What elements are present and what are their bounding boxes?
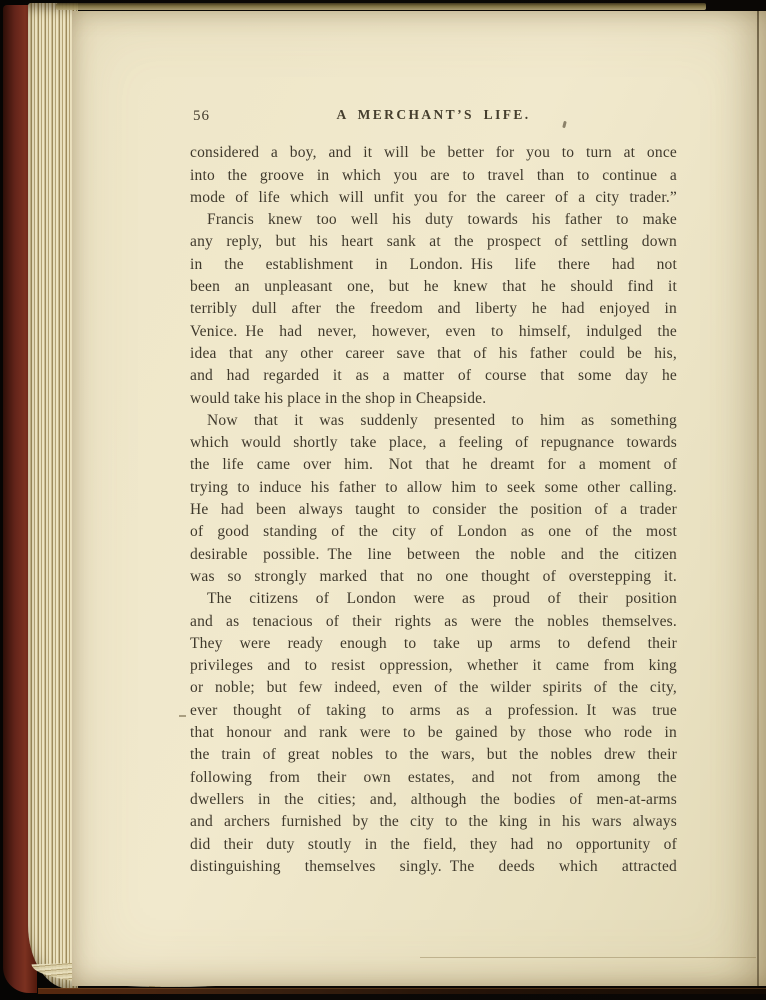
scan-speck — [179, 715, 186, 717]
text-line: desirable possible. The line between the… — [190, 544, 677, 566]
text-line: or noble; but few indeed, even of the wi… — [190, 677, 677, 699]
paragraph: Francis knew too well his duty towards h… — [190, 209, 677, 410]
paragraph: considered a boy, and it will be better … — [190, 142, 677, 209]
text-line: which would shortly take place, a feelin… — [190, 432, 677, 454]
text-line: the train of great nobles to the wars, b… — [190, 744, 677, 766]
text-line: following from their own estates, and no… — [190, 767, 677, 789]
text-line: into the groove in which you are to trav… — [190, 165, 677, 187]
text-line: Now that it was suddenly presented to hi… — [190, 410, 677, 432]
text-line: Venice. He had never, however, even to h… — [190, 321, 677, 343]
page-edges-stack — [28, 3, 78, 989]
text-line: trying to induce his father to allow him… — [190, 477, 677, 499]
text-line: the life came over him. Not that he drea… — [190, 454, 677, 476]
printed-text-area: 56 A MERCHANT’S LIFE. considered a boy, … — [190, 104, 677, 878]
text-line: distinguishing themselves singly. The de… — [190, 856, 677, 878]
text-line: in the establishment in London. His life… — [190, 254, 677, 276]
text-line: been an unpleasant one, but he knew that… — [190, 276, 677, 298]
text-line: Francis knew too well his duty towards h… — [190, 209, 677, 231]
text-line: that honour and rank were to be gained b… — [190, 722, 677, 744]
book-page: 56 A MERCHANT’S LIFE. considered a boy, … — [72, 11, 766, 986]
text-line: and had regarded it as a matter of cours… — [190, 365, 677, 387]
text-line: ever thought of taking to arms as a prof… — [190, 700, 677, 722]
book-cover-bottom-edge — [38, 988, 766, 994]
text-line: considered a boy, and it will be better … — [190, 142, 677, 164]
text-line: was so strongly marked that no one thoug… — [190, 566, 677, 588]
text-line: mode of life which will unfit you for th… — [190, 187, 677, 209]
page-crease — [757, 11, 759, 986]
scanned-book-photo: 56 A MERCHANT’S LIFE. considered a boy, … — [0, 0, 766, 1000]
text-line: did their duty stoutly in the field, the… — [190, 834, 677, 856]
text-line: and as tenacious of their rights as were… — [190, 611, 677, 633]
page-edges-top — [56, 3, 706, 10]
underlying-page-edge — [420, 957, 756, 958]
text-line: idea that any other career save that of … — [190, 343, 677, 365]
text-line: privileges and to resist oppression, whe… — [190, 655, 677, 677]
paragraph: The citizens of London were as proud of … — [190, 588, 677, 878]
text-line: would take his place in the shop in Chea… — [190, 388, 677, 410]
text-line: They were ready enough to take up arms t… — [190, 633, 677, 655]
page-number: 56 — [193, 105, 210, 127]
text-line: of good standing of the city of London a… — [190, 521, 677, 543]
text-line: terribly dull after the freedom and libe… — [190, 298, 677, 320]
paragraph: Now that it was suddenly presented to hi… — [190, 410, 677, 588]
text-line: dwellers in the cities; and, although th… — [190, 789, 677, 811]
text-line: The citizens of London were as proud of … — [190, 588, 677, 610]
text-line: and archers furnished by the city to the… — [190, 811, 677, 833]
text-line: He had been always taught to consider th… — [190, 499, 677, 521]
text-body: considered a boy, and it will be better … — [190, 142, 677, 878]
text-line: any reply, but his heart sank at the pro… — [190, 231, 677, 253]
running-header: A MERCHANT’S LIFE. — [190, 104, 677, 126]
